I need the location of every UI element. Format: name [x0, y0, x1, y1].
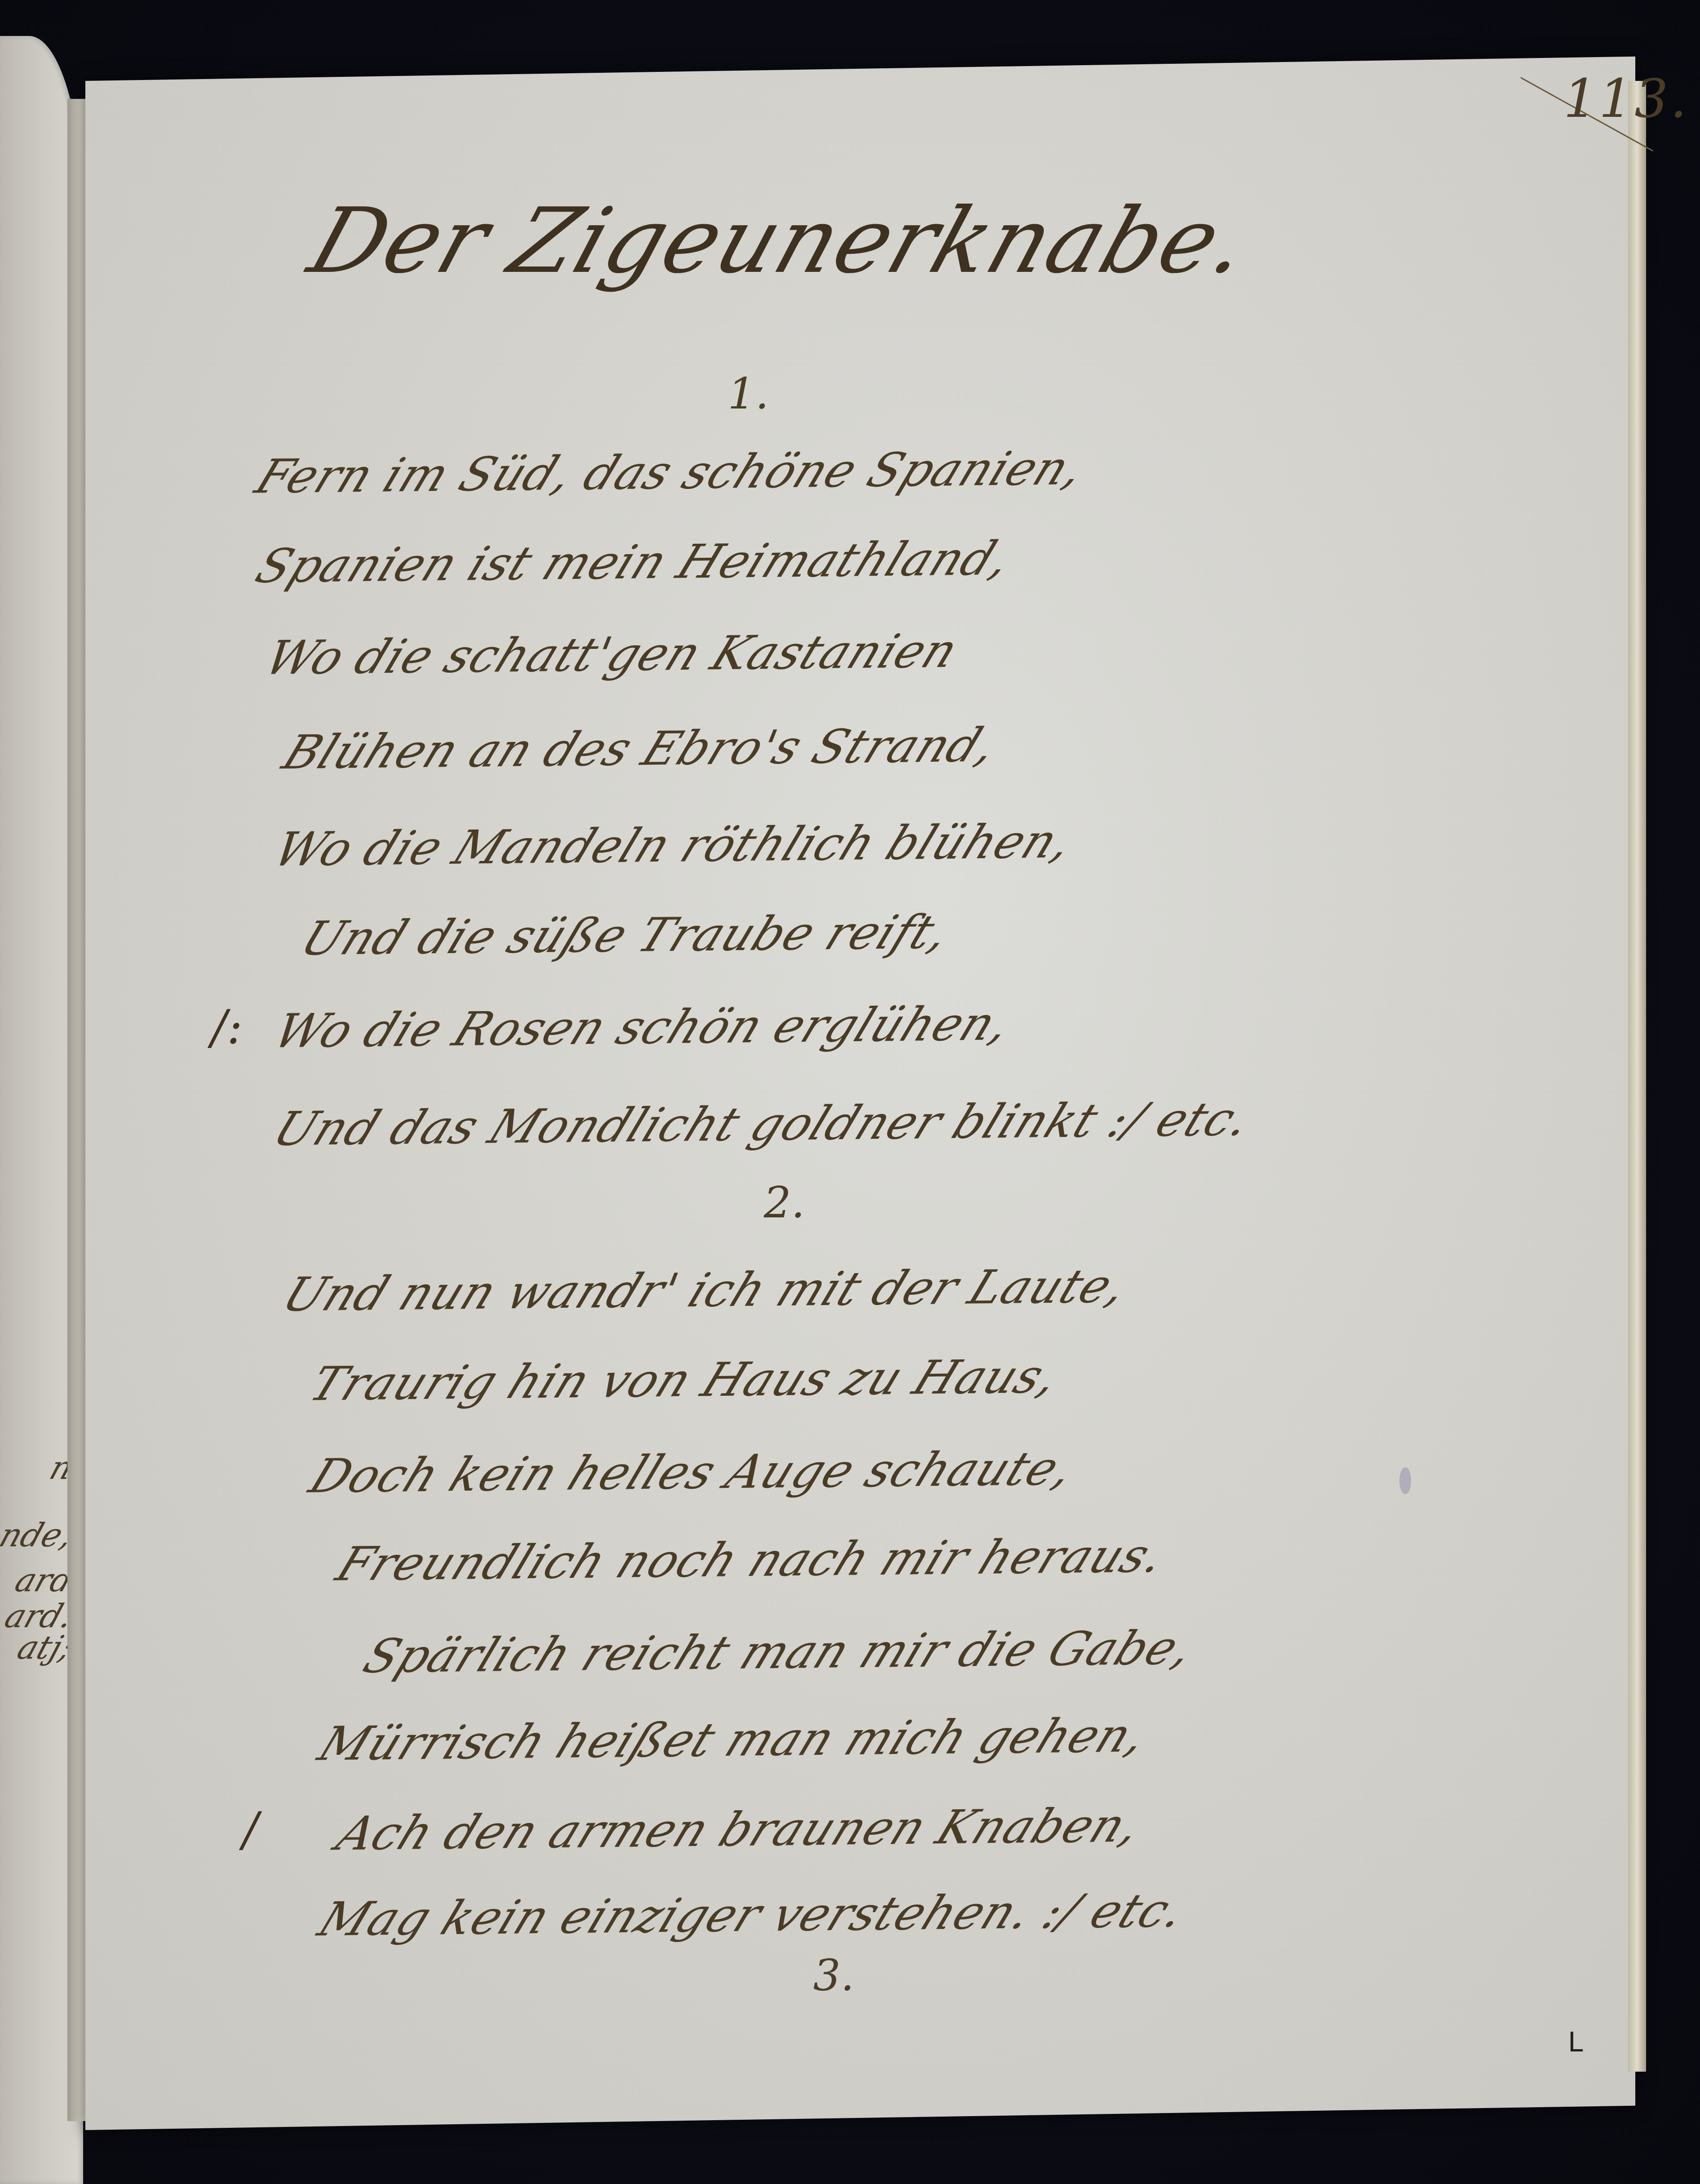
- repeat-start-marker: /: [243, 1802, 258, 1857]
- poem-line: Doch kein helles Auge schaute,: [302, 1441, 1082, 1504]
- poem-line: Fern im Süd, das schöne Spanien,: [248, 440, 1093, 504]
- poem-line: Und nun wandr' ich mit der Laute,: [275, 1258, 1136, 1322]
- page-stack-edge: [1628, 81, 1646, 2072]
- left-fragment: ard.: [1, 1600, 77, 1632]
- pencil-mark: ᒪ: [1568, 2027, 1583, 2058]
- poem-line: Ach den armen braunen Knaben,: [329, 1798, 1150, 1861]
- poem-line: Wo die Mandeln röthlich blühen,: [266, 814, 1081, 877]
- poem-line: Freundlich noch nach mir heraus.: [329, 1528, 1173, 1591]
- poem-line: Traurig hin von Haus zu Haus,: [302, 1349, 1067, 1411]
- poem-line: Wo die schatt'gen Kastanien: [257, 623, 966, 685]
- stanza-number: 3.: [813, 1950, 854, 2001]
- poem-line: Spärlich reicht man mir die Gabe,: [356, 1620, 1202, 1683]
- poem-line: Mürrisch heißet man mich gehen,: [311, 1708, 1155, 1771]
- left-fragment: nde,: [0, 1519, 77, 1551]
- stanza-number: 1.: [728, 368, 769, 419]
- stanza-number: 2.: [764, 1177, 805, 1228]
- page-number: 113.: [1563, 67, 1689, 129]
- poem-line: Blühen an des Ebro's Strand,: [275, 718, 1006, 780]
- poem-line: Mag kein einziger verstehen. :/ etc.: [311, 1883, 1194, 1947]
- repeat-start-marker: /:: [211, 1000, 243, 1055]
- poem-line: Und die süße Traube reift,: [293, 905, 958, 966]
- poem-title: Der Zigeunerknabe.: [297, 189, 1263, 293]
- poem-line: Wo die Rosen schön erglühen,: [266, 996, 1020, 1059]
- poem-line: Und das Mondlicht goldner blinkt :/ etc.: [266, 1092, 1259, 1157]
- poem-line: Spanien ist mein Heimathland,: [248, 531, 1020, 593]
- ink-stain: [1399, 1467, 1411, 1494]
